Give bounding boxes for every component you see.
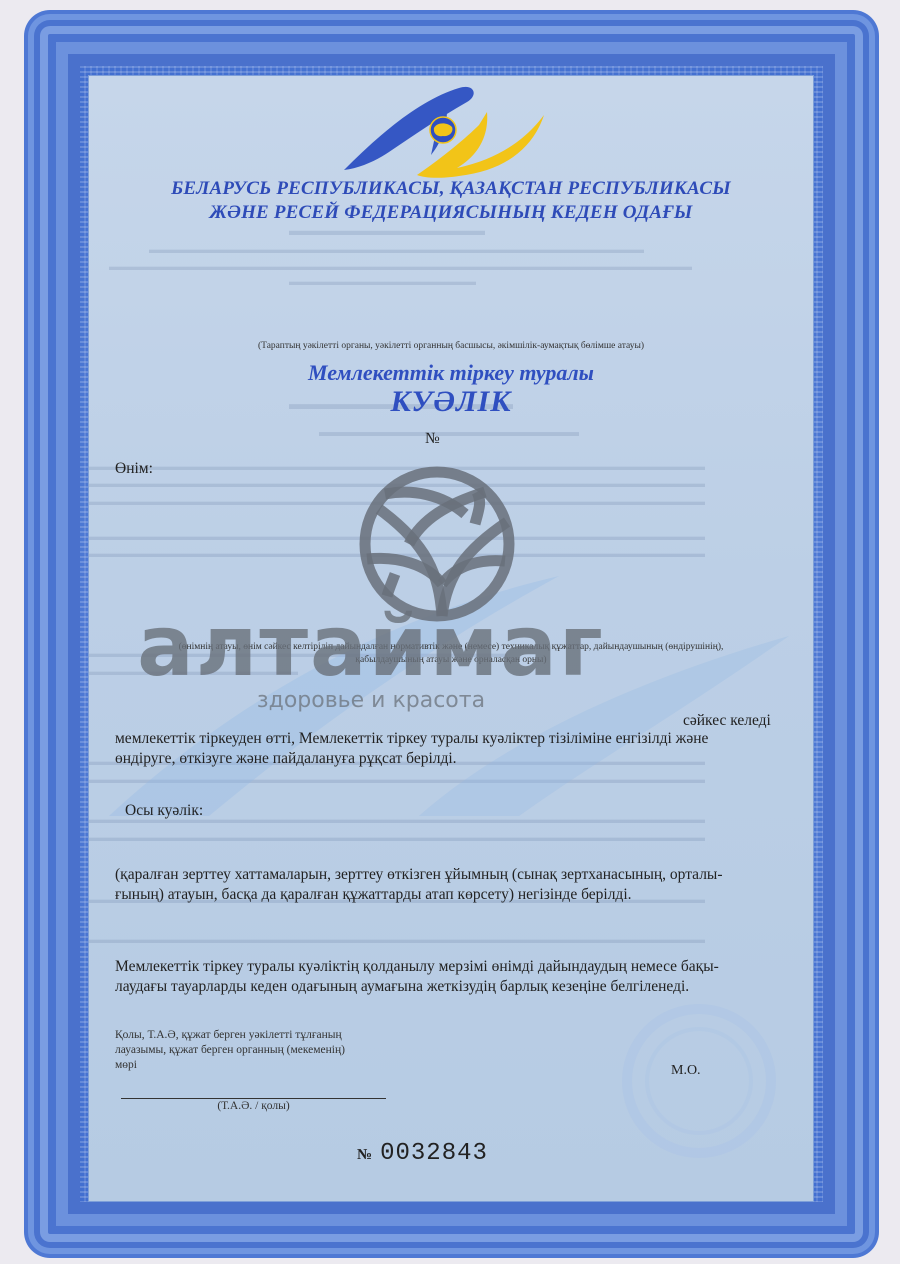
ghost-text: ▬▬▬▬▬▬▬▬▬▬▬▬▬▬▬▬▬▬▬▬▬▬▬▬▬▬▬▬▬▬▬▬▬▬▬▬▬▬▬▬… bbox=[149, 244, 644, 256]
ghost-text: ▬▬▬▬▬▬▬▬▬▬▬▬▬▬▬▬▬▬▬▬ bbox=[319, 424, 579, 439]
certificate-number-label: № bbox=[425, 428, 440, 449]
authority-caption: (Тараптың уәкілетті органы, уәкілетті ор… bbox=[89, 341, 813, 351]
registration-text-line-1: мемлекеттік тіркеуден өтті, Мемлекеттік … bbox=[115, 728, 708, 749]
ghost-text: ▬▬▬▬▬▬▬▬▬▬▬▬▬▬▬▬▬▬▬▬▬▬▬▬▬▬▬▬▬▬▬▬▬▬▬▬▬▬▬▬… bbox=[109, 261, 692, 273]
certificate-title-line-1: Мемлекеттік тіркеу туралы bbox=[89, 360, 813, 386]
brand-watermark: алтаймаг bbox=[131, 601, 611, 691]
ghost-text: ▬▬▬▬▬▬▬▬▬▬▬▬▬▬▬▬▬▬▬▬▬▬▬▬▬▬▬▬▬▬▬▬▬▬▬▬▬▬▬▬… bbox=[89, 832, 705, 844]
ghost-text: ▬▬▬▬▬▬▬▬▬▬▬▬▬▬ bbox=[289, 222, 485, 238]
signature-caption-line-1: Қолы, Т.А.Ә, құжат берген уәкілетті тұлғ… bbox=[115, 1028, 345, 1043]
customs-union-emblem bbox=[339, 80, 549, 180]
signature-caption: Қолы, Т.А.Ә, құжат берген уәкілетті тұлғ… bbox=[115, 1028, 345, 1073]
serial-prefix: № bbox=[357, 1147, 372, 1164]
signature-caption-line-2: лауазымы, құжат берген органның (мекемен… bbox=[115, 1043, 345, 1058]
header-line-1: БЕЛАРУСЬ РЕСПУБЛИКАСЫ, ҚАЗАҚСТАН РЕСПУБЛ… bbox=[89, 178, 813, 200]
basis-text-line-2: ғының) атауын, басқа да қаралған құжатта… bbox=[115, 884, 632, 905]
brand-tagline-watermark: здоровье и красота bbox=[201, 688, 541, 713]
basis-text-line-1: (қаралған зерттеу хаттамаларын, зерттеу … bbox=[115, 864, 723, 885]
serial-value: 0032843 bbox=[380, 1140, 488, 1167]
certificate-panel: ▬▬▬▬▬▬▬▬▬▬▬▬▬▬ ▬▬▬▬▬▬▬▬▬▬▬▬▬▬▬▬▬▬▬▬▬▬▬▬▬… bbox=[88, 75, 814, 1202]
registration-text-line-2: өндіруге, өткізуге және пайдалануға рұқс… bbox=[115, 748, 457, 769]
basis-label: Осы куәлік: bbox=[125, 800, 203, 821]
stamp-label: М.О. bbox=[671, 1060, 701, 1081]
signature-caption-line-3: мөрі bbox=[115, 1058, 345, 1073]
validity-text-line-1: Мемлекеттік тіркеу туралы куәліктің қолд… bbox=[115, 956, 719, 977]
header-line-2: ЖӘНЕ РЕСЕЙ ФЕДЕРАЦИЯСЫНЫҢ КЕДЕН ОДАҒЫ bbox=[89, 202, 813, 224]
ghost-text: ▬▬▬▬▬▬▬▬▬▬▬▬▬▬▬▬▬▬▬▬▬▬▬▬▬▬▬▬▬▬▬▬▬▬▬▬▬▬▬▬… bbox=[89, 934, 705, 946]
certificate-title-line-2: КУӘЛІК bbox=[89, 385, 813, 419]
serial-number: № 0032843 bbox=[357, 1140, 488, 1167]
ghost-text: ▬▬▬▬▬▬▬▬▬▬▬▬▬▬▬▬▬ bbox=[289, 276, 476, 288]
product-label: Өнім: bbox=[115, 458, 153, 479]
signature-line bbox=[121, 1098, 386, 1099]
signature-line-caption: (Т.А.Ә. / қолы) bbox=[121, 1100, 386, 1112]
